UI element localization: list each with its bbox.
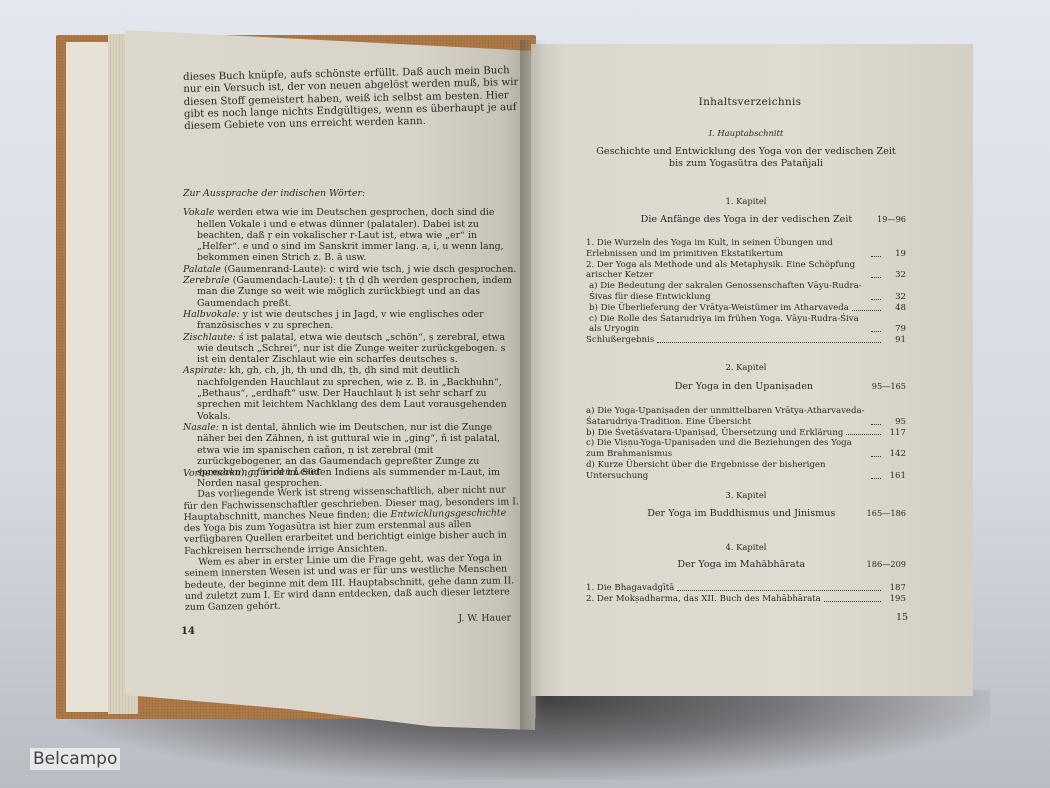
toc-entry[interactable]: a) Die Yoga-Upaniṣaden der unmittelbaren…	[586, 406, 906, 428]
pronunciation-item: Zerebrale (Gaumendach-Laute): ṭ ṭh ḍ ḍh …	[183, 275, 519, 309]
toc-title: Inhaltsverzeichnis	[640, 96, 860, 108]
pronunciation-item: Vokale werden etwa wie im Deutschen gesp…	[183, 207, 519, 263]
chapter-heading: Die Anfänge des Yoga in der vedischen Ze…	[586, 214, 906, 226]
section-label: I. Hauptabschnitt	[586, 128, 906, 139]
toc-entry[interactable]: b) Die Śvetāśvatara-Upaniṣad, Übersetzun…	[586, 428, 906, 439]
chapter-entries: a) Die Yoga-Upaniṣaden der unmittelbaren…	[586, 406, 906, 482]
toc-entry[interactable]: Schlußergebnis91	[586, 335, 906, 346]
pronunciation-item: Halbvokale: y ist wie deutsches j in Jag…	[183, 309, 519, 332]
toc-entry[interactable]: 1. Die Wurzeln des Yoga im Kult, in sein…	[586, 238, 906, 260]
section-title: Geschichte und Entwicklung des Yoga von …	[586, 146, 906, 170]
page-number-right: 15	[896, 612, 908, 623]
opening-paragraph: dieses Buch knüpfe, aufs schönste erfüll…	[183, 65, 520, 134]
chapter-heading: Der Yoga in den Upaniṣaden 95—165	[586, 381, 906, 393]
preface-section: Vorbemerkung für den Leser Das vorliegen…	[183, 463, 521, 628]
chapter-label: 4. Kapitel	[586, 542, 906, 553]
chapter-label: 1. Kapitel	[586, 196, 906, 207]
toc-entry[interactable]: b) Die Überlieferung der Vrātya-Weistüme…	[586, 303, 906, 314]
toc-entry[interactable]: 2. Der Yoga als Methode und als Metaphys…	[586, 260, 906, 282]
endpaper	[66, 42, 110, 712]
chapter-heading: Der Yoga im Buddhismus und Jinismus 165—…	[586, 508, 906, 520]
toc-entry[interactable]: c) Die Viṣṇu-Yoga-Upaniṣaden und die Bez…	[586, 438, 906, 460]
page-number-left: 14	[181, 626, 195, 637]
pronunciation-item: Zischlaute: ś ist palatal, etwa wie deut…	[183, 332, 519, 366]
toc-entry[interactable]: 2. Der Mokṣadharma, das XII. Buch des Ma…	[586, 594, 906, 605]
book-gutter	[520, 40, 546, 730]
preface-paragraph: Wem es aber in erster Linie um die Frage…	[184, 552, 521, 613]
preface-paragraph: Das vorliegende Werk ist streng wissensc…	[183, 485, 520, 557]
chapter-label: 2. Kapitel	[586, 362, 906, 373]
chapter-entries: 1. Die Bhagavadgītā187 2. Der Mokṣadharm…	[586, 583, 906, 605]
toc-entry[interactable]: 1. Die Bhagavadgītā187	[586, 583, 906, 594]
watermark-label: Belcampo	[30, 748, 120, 770]
toc-entry[interactable]: d) Kurze Übersicht über die Ergebnisse d…	[586, 460, 906, 482]
chapter-heading: Der Yoga im Mahābhārata 186—209	[586, 559, 906, 571]
pronunciation-section: Zur Aussprache der indischen Wörter: Vok…	[183, 188, 519, 490]
toc-entry[interactable]: a) Die Bedeutung der sakralen Genossensc…	[586, 281, 906, 303]
pronunciation-item: Palatale (Gaumenrand-Laute): c wird wie …	[183, 264, 519, 275]
toc-entry[interactable]: c) Die Rolle des Śatarudriya im frühen Y…	[586, 314, 906, 336]
pronunciation-item: Aspirate: kh, gh, ch, jh, th und dh, ṭh,…	[183, 365, 519, 421]
chapter-label: 3. Kapitel	[586, 490, 906, 501]
chapter-entries: 1. Die Wurzeln des Yoga im Kult, in sein…	[586, 238, 906, 346]
pronunciation-heading: Zur Aussprache der indischen Wörter:	[183, 188, 519, 199]
